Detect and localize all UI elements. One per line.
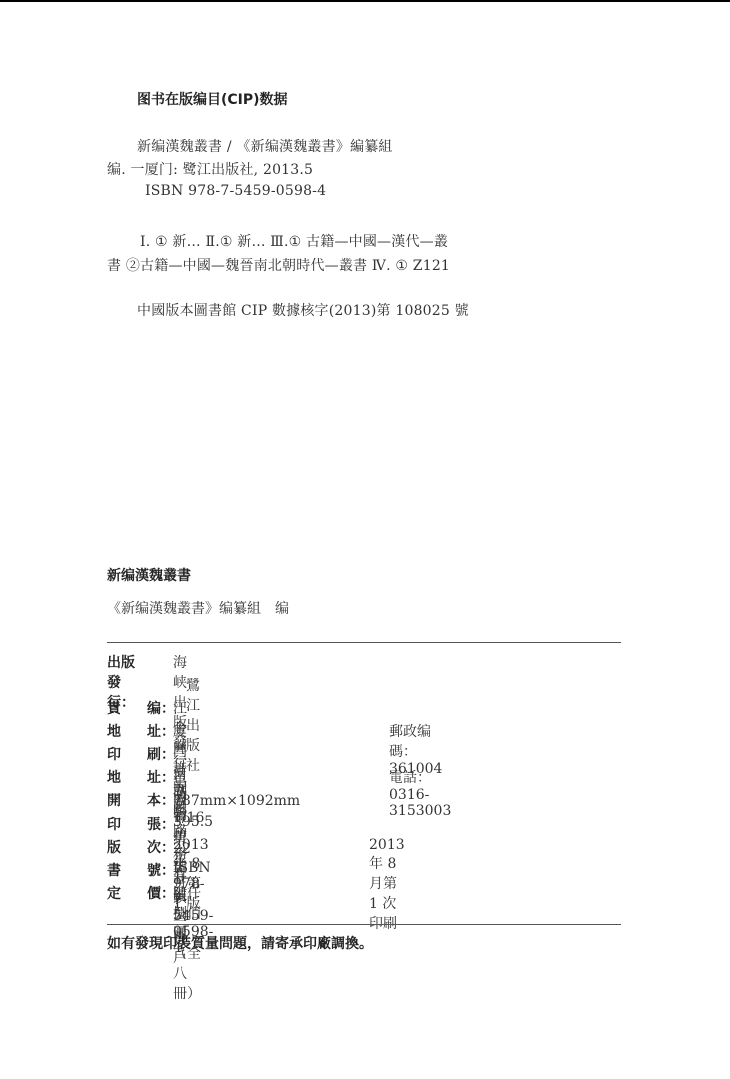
row-extra: 2013 年 8 月第 1 次印刷 [369,837,405,933]
row-label-char: 印 [107,814,121,834]
row-label-char: 址： [147,767,175,787]
row-label-char: 定 [107,883,121,903]
cip-record-number: 中國版本圖書館 CIP 數據核字(2013)第 108025 號 [137,300,469,320]
divider-bottom [107,924,621,925]
cip-classification-2: 書 ②古籍—中國—魏晉南北朝時代—叢書 Ⅳ. ① Z121 [107,255,450,275]
row-label-char: 責 [107,698,121,718]
row-label-char: 價： [147,883,175,903]
row-value: 395.5 [173,814,213,830]
book-title: 新编漢魏叢書 [107,565,191,585]
cip-heading: 图书在版编目(CIP)数据 [137,89,288,109]
row-label-char: 開 [107,790,121,810]
divider-top [107,642,621,643]
row-label-char: 張： [147,814,175,834]
row-label-char: 書 [107,860,121,880]
row-label-char: 地 [107,767,121,787]
cip-line-2: 编. 一厦门: 鹭江出版社, 2013.5 [107,159,313,179]
row-label-char: 次： [147,837,175,857]
quality-notice: 如有發現印裝質量問題，請寄承印廠調換。 [107,933,373,953]
book-editor: 《新编漢魏叢書》编纂組 编 [107,598,289,618]
row-label-char: 版 [107,837,121,857]
row-extra: 電話：0316-3153003 [389,767,451,819]
row-label-char: 址： [147,721,175,741]
row-label-char: 本： [147,790,175,810]
cip-classification-1: Ⅰ. ① 新… Ⅱ.① 新… Ⅲ.① 古籍—中國—漢代—叢 [140,231,448,251]
row-label-char: 地 [107,721,121,741]
row-label-char: 號： [147,860,175,880]
row-label-char: 印 [107,744,121,764]
page-top-border [0,0,730,2]
row-label-char: 编： [147,698,175,718]
cip-line-1: 新编漢魏叢書 / 《新编漢魏叢書》編纂組 [137,136,393,156]
cip-isbn: ISBN 978-7-5459-0598-4 [145,183,326,199]
row-label-char: 刷： [147,744,175,764]
